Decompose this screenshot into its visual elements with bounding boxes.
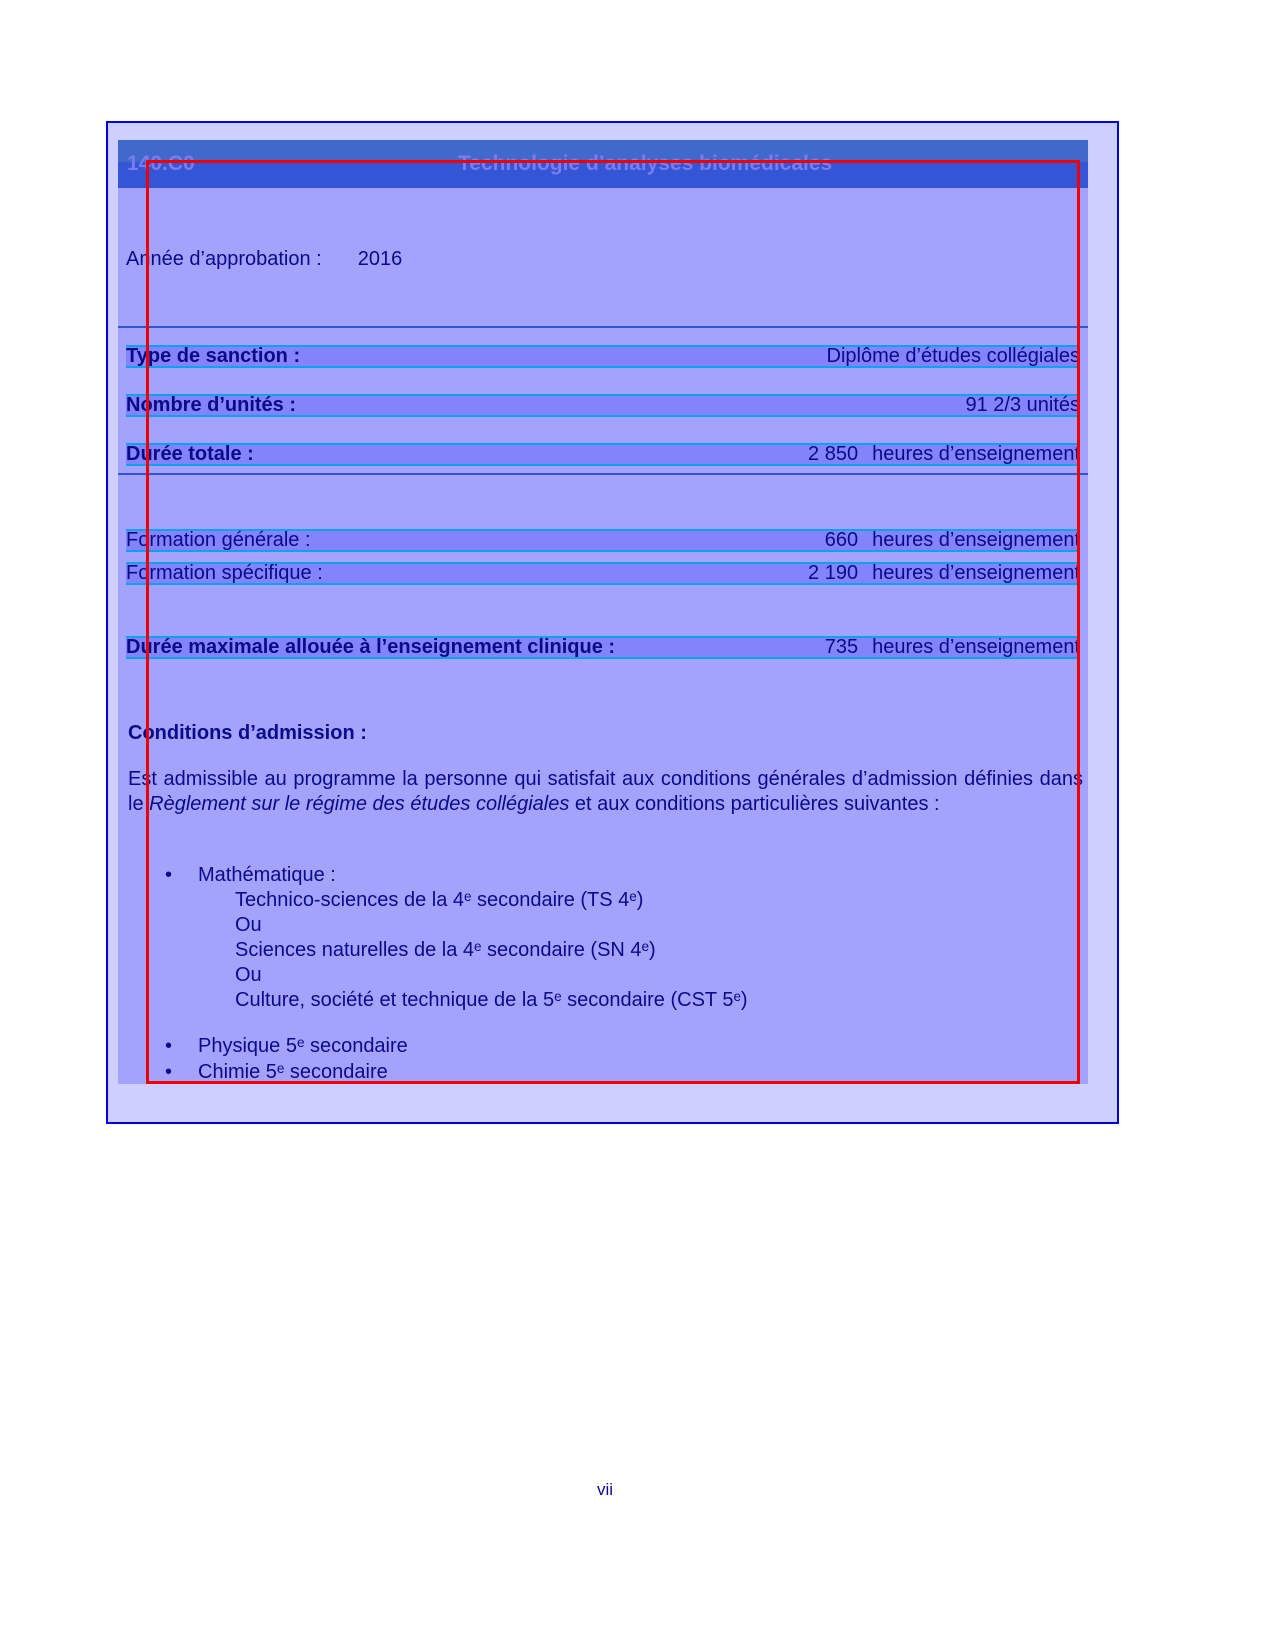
bullet-icon: • [165, 1035, 198, 1058]
general-training-number: 660 [825, 529, 858, 552]
specific-training-label: Formation spécifique : [126, 562, 323, 585]
bullet-icon: • [165, 864, 198, 887]
physics-label: Physique 5ᵉ secondaire [198, 1035, 408, 1058]
math-requirement: • Mathématique : [165, 864, 336, 887]
physics-requirement: • Physique 5ᵉ secondaire [165, 1035, 408, 1058]
divider-top [118, 326, 1088, 328]
bullet-icon: • [165, 1061, 198, 1084]
clinical-duration-row: Durée maximale allouée à l’enseignement … [126, 636, 1080, 659]
total-duration-number: 2 850 [808, 443, 858, 466]
math-option: Culture, société et technique de la 5ᵉ s… [235, 989, 748, 1012]
approval-year: 2016 [358, 248, 403, 270]
chemistry-requirement: • Chimie 5ᵉ secondaire [165, 1061, 388, 1084]
specific-training-unit: heures d’enseignement [872, 562, 1080, 585]
specific-training-number: 2 190 [808, 562, 858, 585]
clinical-duration-unit: heures d’enseignement [872, 636, 1080, 659]
page-number: vii [597, 1480, 613, 1500]
math-option-or: Ou [235, 964, 262, 987]
general-training-label: Formation générale : [126, 529, 311, 552]
admission-heading: Conditions d’admission : [128, 722, 367, 745]
approval-label: Année d’approbation : [126, 248, 322, 270]
units-value: 91 2/3 unités [965, 394, 1080, 417]
chemistry-label: Chimie 5ᵉ secondaire [198, 1061, 388, 1084]
units-row: Nombre d’unités : 91 2/3 unités [126, 394, 1080, 417]
total-duration-label: Durée totale : [126, 443, 254, 466]
math-option: Sciences naturelles de la 4ᵉ secondaire … [235, 939, 656, 962]
program-code: 140.C0 [127, 152, 195, 176]
clinical-duration-label: Durée maximale allouée à l’enseignement … [126, 636, 615, 659]
clinical-duration-number: 735 [825, 636, 858, 659]
units-label: Nombre d’unités : [126, 394, 296, 417]
general-training-unit: heures d’enseignement [872, 529, 1080, 552]
sanction-value: Diplôme d’études collégiales [827, 345, 1080, 368]
math-option: Technico-sciences de la 4ᵉ secondaire (T… [235, 889, 643, 912]
admission-paragraph: Est admissible au programme la personne … [128, 767, 1083, 817]
approval-year-line: Année d’approbation :2016 [126, 248, 402, 271]
specific-training-row: Formation spécifique : 2 190heures d’ens… [126, 562, 1080, 585]
program-title: Technologie d’analyses biomédicales [458, 152, 832, 176]
sanction-row: Type de sanction : Diplôme d’études coll… [126, 345, 1080, 368]
math-option-or: Ou [235, 914, 262, 937]
admission-text-end: et aux conditions particulières suivante… [569, 793, 939, 815]
regulation-title: Règlement sur le régime des études collé… [149, 793, 569, 815]
divider-bottom [118, 473, 1088, 475]
math-label: Mathématique : [198, 864, 336, 887]
sanction-label: Type de sanction : [126, 345, 300, 368]
total-duration-unit: heures d’enseignement [872, 443, 1080, 466]
total-duration-row: Durée totale : 2 850heures d’enseignemen… [126, 443, 1080, 466]
general-training-row: Formation générale : 660heures d’enseign… [126, 529, 1080, 552]
